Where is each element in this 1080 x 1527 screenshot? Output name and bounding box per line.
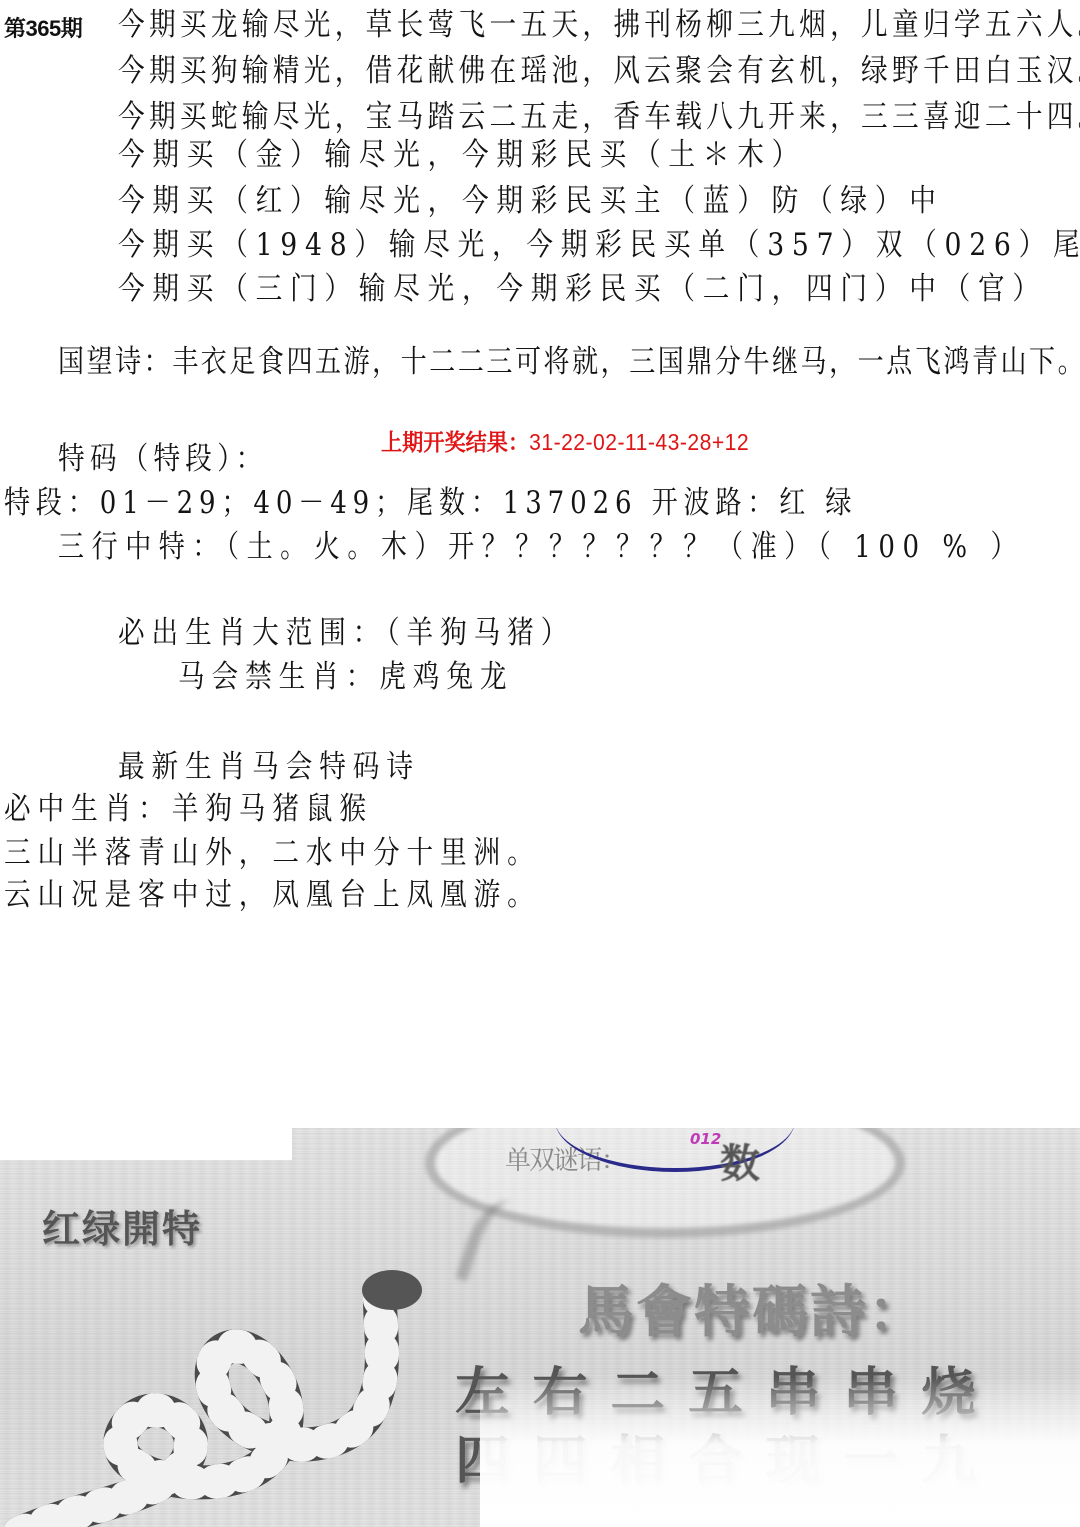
issue-number: 第365期	[4, 12, 82, 43]
banner-image: 单双谜语： 012 数 红绿開特 馬會特碼詩： 左右二五串串烧 四四相合现一九	[0, 1128, 1080, 1527]
last-result-label: 上期开奖结果：	[381, 429, 529, 455]
latest-poem-must-hit: 必中生肖：羊狗马猪鼠猴	[4, 792, 373, 826]
banner-fade	[480, 1377, 1080, 1527]
special-heading: 特码（特段）：	[58, 442, 267, 476]
prediction-line: 今期买蛇输尽光，宝马踏云二五走，香车载八九开来，三三喜迎二十四。	[118, 100, 1080, 134]
last-result: 上期开奖结果：31-22-02-11-43-28+12	[381, 424, 749, 457]
banner-cutout	[0, 1128, 292, 1160]
latest-poem-title: 最新生肖马会特码诗	[118, 750, 420, 784]
special-elements: 三行中特：（土。火。木）开？？？？？？？（准）（ 100 % ）	[58, 530, 1024, 564]
national-poem: 国望诗：丰衣足食四五游，十二二三可将就，三国鼎分牛继马，一点飞鸿青山下。	[58, 345, 1080, 379]
latest-poem-line: 三山半落青山外，二水中分十里洲。	[4, 836, 541, 870]
bubble-big-char: 数	[720, 1132, 760, 1189]
prediction-line: 今期买（红）输尽光，今期彩民买主（蓝）防（绿）中	[118, 184, 944, 218]
zodiac-must-range: 必出生肖大范围：（羊狗马猪）	[118, 616, 574, 650]
banner-title: 红绿開特	[42, 1198, 202, 1253]
special-ranges: 特段：01－29；40－49；尾数：137026 开波路：红 绿	[4, 486, 857, 520]
prediction-line: 今期买（金）输尽光，今期彩民买（土＊木）	[118, 138, 806, 172]
latest-poem-line: 云山况是客中过，凤凰台上凤凰游。	[4, 878, 541, 912]
prediction-line: 今期买（1948）输尽光，今期彩民买单（357）双（026）尾中	[118, 228, 1080, 262]
zodiac-banned: 马会禁生肖：虎鸡兔龙	[178, 660, 513, 694]
snake-illustration-icon	[0, 1248, 440, 1527]
prediction-line: 今期买（三门）输尽光，今期彩民买（二门，四门）中（官）	[118, 272, 1047, 306]
bubble-accent: 012	[690, 1130, 721, 1148]
banner-poem-title: 馬會特碼詩：	[578, 1268, 926, 1348]
prediction-line: 今期买龙输尽光，草长莺飞一五天，拂刊杨柳三九烟，儿童归学五六人。	[118, 8, 1080, 42]
last-result-numbers: 31-22-02-11-43-28+12	[529, 429, 749, 455]
prediction-line: 今期买狗输精光，借花献佛在瑶池，风云聚会有玄机，绿野千田白玉汉。	[118, 54, 1080, 88]
